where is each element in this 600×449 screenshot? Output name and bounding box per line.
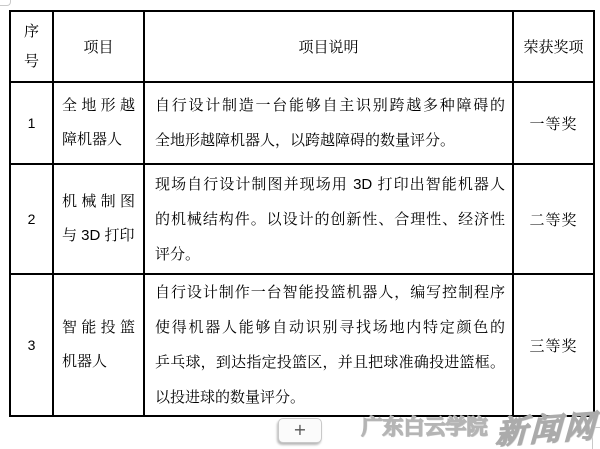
award-cell: 一等奖	[513, 82, 594, 164]
project-line: 障机器人	[62, 123, 135, 157]
description-cell: 现场自行设计制图并现场用 3D 打印出智能机器人 的机械结构件。以设计的创新性、…	[144, 164, 513, 274]
watermark-section-name: 新闻网	[495, 400, 598, 449]
header-cell-award: 荣获奖项	[513, 11, 594, 82]
header-label-no: 序号	[23, 17, 40, 77]
watermark-site-name: 广东白云学院	[362, 411, 488, 441]
project-cell: 机械制图 与 3D 打印	[53, 164, 144, 274]
add-row-button[interactable]: +	[278, 418, 322, 443]
description-line: 评分。	[155, 237, 505, 272]
project-cell: 智能投篮 机器人	[53, 274, 144, 416]
header-cell-no: 序号	[10, 11, 53, 82]
project-line: 智能投篮	[62, 311, 135, 345]
watermark: 广东白云学院 新闻网	[362, 404, 598, 449]
project-line: 与 3D 打印	[62, 219, 135, 253]
description-line: 使得机器人能够自动识别寻找场地内特定颜色的	[155, 310, 505, 345]
project-line: 机械制图	[62, 185, 135, 219]
project-line: 机器人	[62, 345, 135, 379]
description-cell: 自行设计制造一台能够自主识别跨越多种障碍的 全地形越障机器人，以跨越障碍的数量评…	[144, 82, 513, 164]
description-line: 乒乓球，到达指定投篮区，并且把球准确投进篮框。	[155, 345, 505, 380]
table-header-row: 序号 项目 项目说明 荣获奖项	[10, 11, 594, 82]
description-line: 现场自行设计制图并现场用 3D 打印出智能机器人	[155, 167, 505, 202]
project-line: 全地形越	[62, 89, 135, 123]
project-cell: 全地形越 障机器人	[53, 82, 144, 164]
row-number-cell: 3	[10, 274, 53, 416]
description-cell: 自行设计制作一台智能投篮机器人，编写控制程序 使得机器人能够自动识别寻找场地内特…	[144, 274, 513, 416]
award-cell: 三等奖	[513, 274, 594, 416]
row-number-cell: 2	[10, 164, 53, 274]
description-line: 自行设计制造一台能够自主识别跨越多种障碍的	[155, 88, 505, 123]
top-left-corner-artifact	[0, 0, 11, 6]
table-row: 2 机械制图 与 3D 打印 现场自行设计制图并现场用 3D 打印出智能机器人 …	[10, 164, 594, 274]
description-line: 自行设计制作一台智能投篮机器人，编写控制程序	[155, 275, 505, 310]
header-cell-description: 项目说明	[144, 11, 513, 82]
description-line: 全地形越障机器人，以跨越障碍的数量评分。	[155, 123, 505, 158]
table-row: 1 全地形越 障机器人 自行设计制造一台能够自主识别跨越多种障碍的 全地形越障机…	[10, 82, 594, 164]
table-row: 3 智能投篮 机器人 自行设计制作一台智能投篮机器人，编写控制程序 使得机器人能…	[10, 274, 594, 416]
header-cell-project: 项目	[53, 11, 144, 82]
award-table: 序号 项目 项目说明 荣获奖项 1 全地形越 障机器人 自行设计制造一台能够自主…	[9, 10, 595, 417]
description-line: 的机械结构件。以设计的创新性、合理性、经济性	[155, 202, 505, 237]
row-number-cell: 1	[10, 82, 53, 164]
award-cell: 二等奖	[513, 164, 594, 274]
page: 序号 项目 项目说明 荣获奖项 1 全地形越 障机器人 自行设计制造一台能够自主…	[0, 0, 600, 449]
